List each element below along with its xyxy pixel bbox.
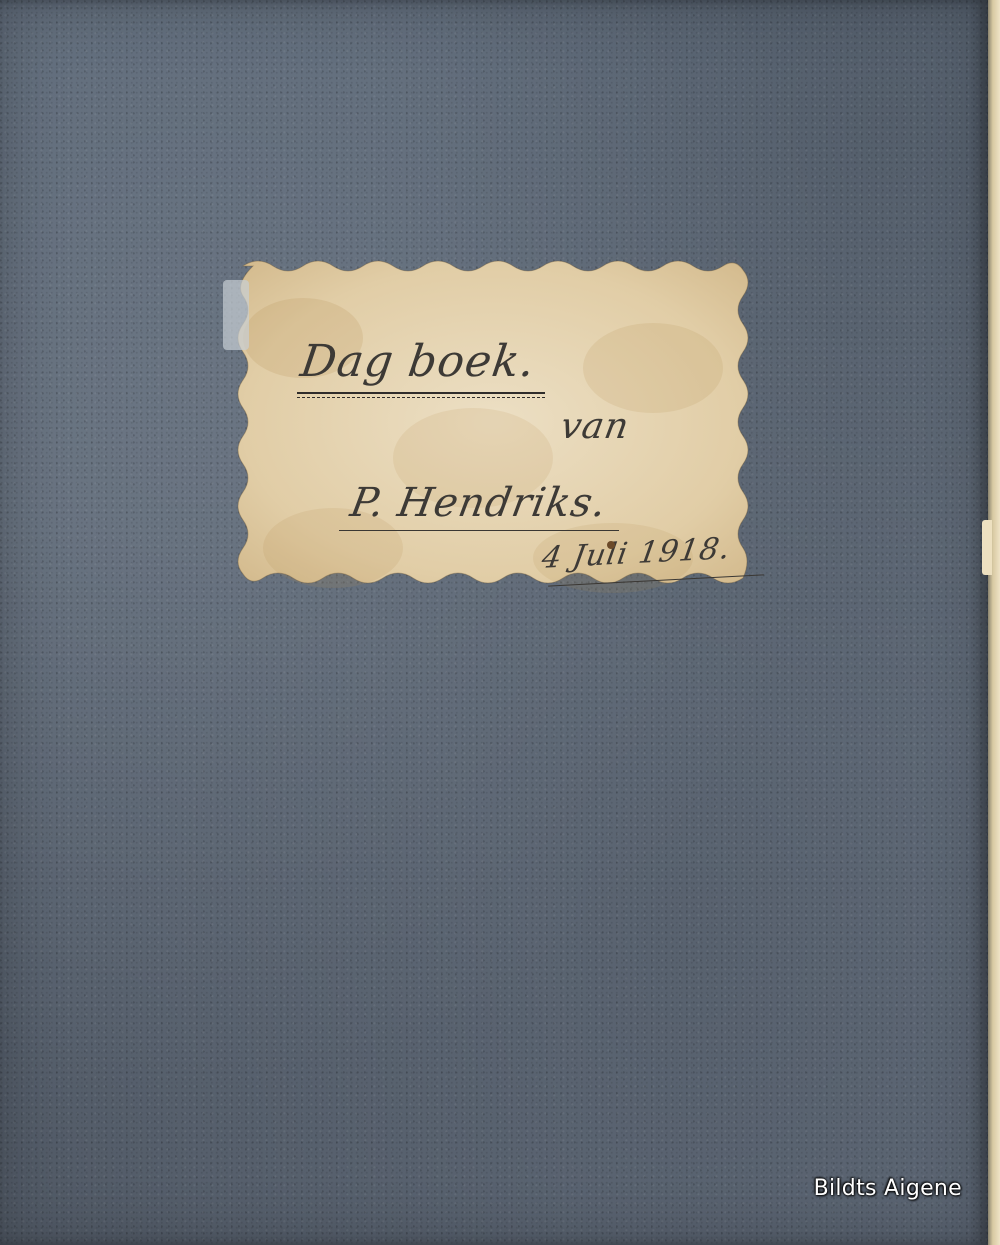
label-title: Dag boek. <box>297 336 538 387</box>
date-underline <box>548 574 764 586</box>
page-edge-tear <box>982 520 992 575</box>
page-edge <box>988 0 1000 1245</box>
title-underline <box>297 392 545 398</box>
diary-label: Dag boek. van P. Hendriks. 4 Juli 1918. <box>213 258 766 612</box>
name-underline <box>339 530 619 531</box>
photo: Dag boek. van P. Hendriks. 4 Juli 1918. … <box>0 0 1000 1245</box>
label-tear <box>223 280 249 350</box>
ink-stain <box>607 541 615 549</box>
notebook-cover <box>0 0 991 1245</box>
label-preposition: van <box>557 406 632 447</box>
watermark: Bildts Aigene <box>814 1176 962 1201</box>
label-owner-name: P. Hendriks. <box>347 480 611 526</box>
label-date: 4 Juli 1918. <box>539 531 733 576</box>
